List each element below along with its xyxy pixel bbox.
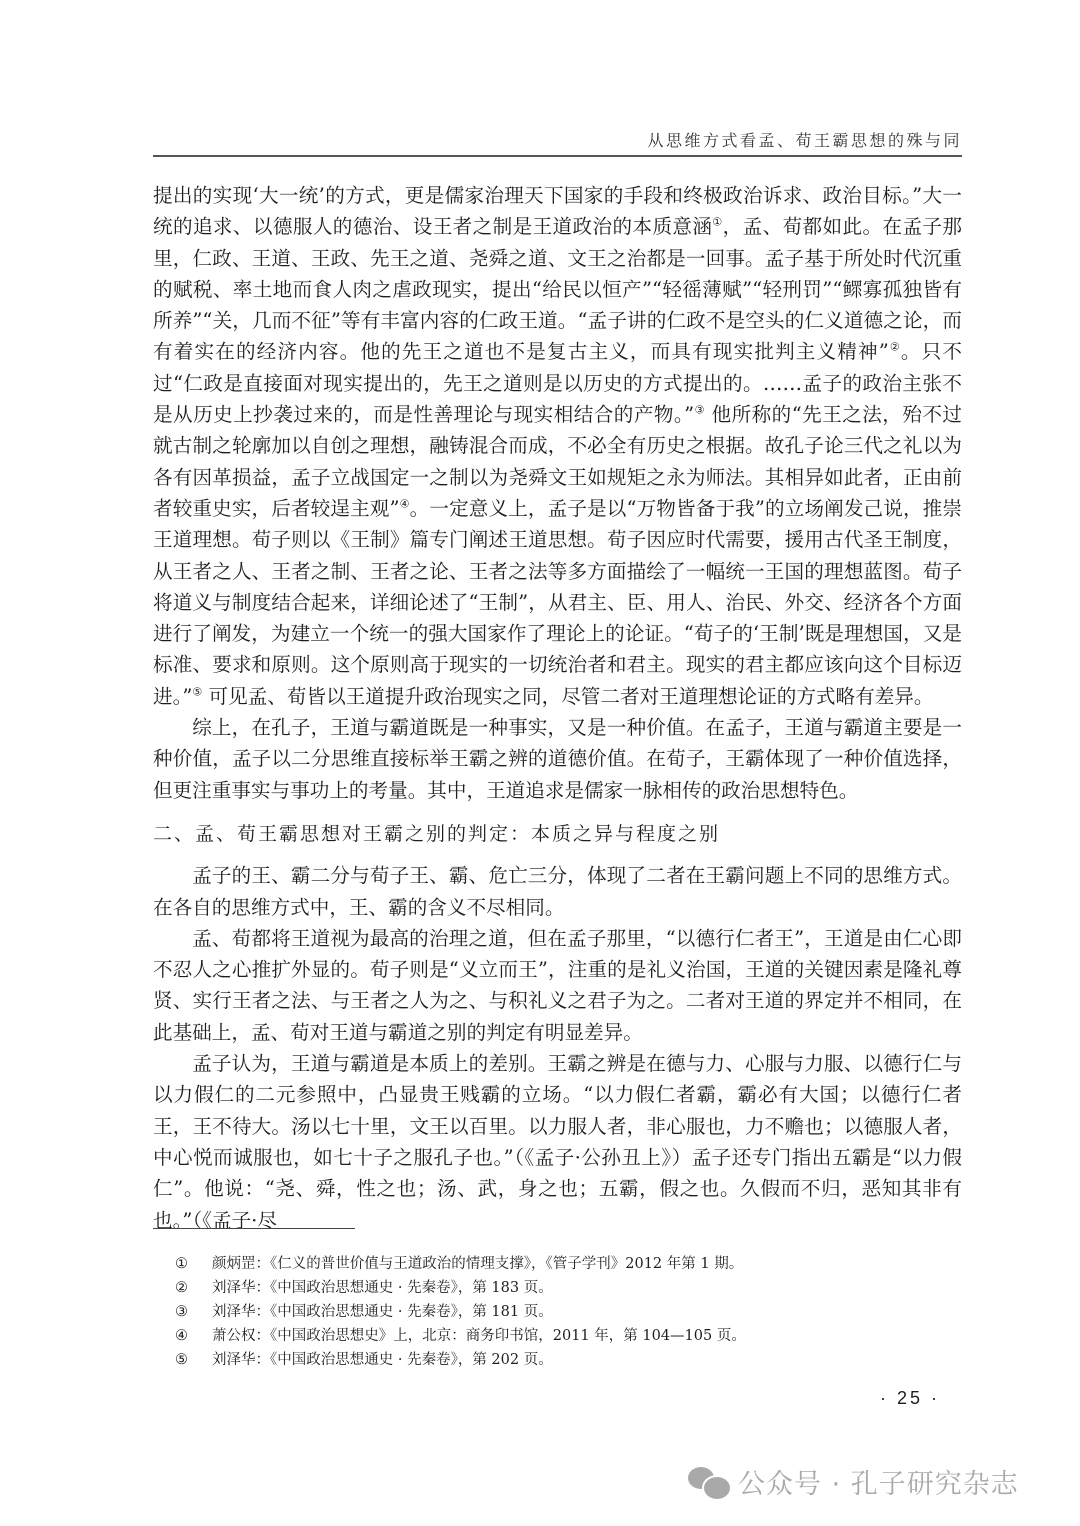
footnote-text: 刘泽华：《中国政治思想通史 · 先秦卷》，第 181 页。 (212, 1300, 553, 1324)
footnote-3: ③刘泽华：《中国政治思想通史 · 先秦卷》，第 181 页。 (175, 1300, 746, 1324)
footnote-mark: ② (175, 1276, 212, 1300)
watermark: 公众号 · 孔子研究杂志 (688, 1462, 1019, 1501)
footnote-5: ⑤刘泽华：《中国政治思想通史 · 先秦卷》，第 202 页。 (175, 1348, 746, 1372)
page-number: · 25 · (880, 1388, 940, 1409)
footnote-4: ④萧公权：《中国政治思想史》上，北京：商务印书馆，2011 年，第 104—10… (175, 1324, 746, 1348)
footnote-mark: ③ (175, 1300, 212, 1324)
paragraph-3: 孟子的王、霸二分与荀子王、霸、危亡三分，体现了二者在王霸问题上不同的思维方式。在… (153, 860, 962, 923)
paragraph-4: 孟、荀都将王道视为最高的治理之道，但在孟子那里，“以德行仁者王”，王道是由仁心即… (153, 923, 962, 1048)
footnotes: ①颜炳罡：《仁义的普世价值与王道政治的情理支撑》，《管子学刊》2012 年第 1… (175, 1252, 746, 1372)
footnote-rule (153, 1228, 355, 1229)
footnote-mark: ④ (175, 1324, 212, 1348)
footnote-text: 颜炳罡：《仁义的普世价值与王道政治的情理支撑》，《管子学刊》2012 年第 1 … (212, 1252, 743, 1276)
paragraph-1: 提出的实现‘大一统’的方式，更是儒家治理天下国家的手段和终极政治诉求、政治目标。… (153, 180, 962, 712)
footnote-ref-3[interactable]: ③ (694, 404, 705, 417)
watermark-text: 公众号 · 孔子研究杂志 (738, 1462, 1019, 1501)
text-run: 。一定意义上，孟子是以“万物皆备于我”的立场阐发己说，推崇王道理想。荀子则以《王… (153, 497, 962, 708)
footnote-ref-2[interactable]: ② (889, 341, 901, 354)
footnote-mark: ⑤ (175, 1348, 212, 1372)
article-body: 提出的实现‘大一统’的方式，更是儒家治理天下国家的手段和终极政治诉求、政治目标。… (153, 180, 962, 1236)
footnote-2: ②刘泽华：《中国政治思想通史 · 先秦卷》，第 183 页。 (175, 1276, 746, 1300)
footnote-1: ①颜炳罡：《仁义的普世价值与王道政治的情理支撑》，《管子学刊》2012 年第 1… (175, 1252, 746, 1276)
footnote-ref-1[interactable]: ① (712, 216, 722, 229)
wechat-icon (688, 1465, 730, 1499)
section-heading: 二、孟、荀王霸思想对王霸之别的判定：本质之异与程度之别 (153, 819, 962, 850)
footnote-ref-5[interactable]: ⑤ (192, 685, 202, 698)
footnote-text: 萧公权：《中国政治思想史》上，北京：商务印书馆，2011 年，第 104—105… (212, 1324, 746, 1348)
footnote-text: 刘泽华：《中国政治思想通史 · 先秦卷》，第 202 页。 (212, 1348, 553, 1372)
header-rule (153, 155, 962, 157)
footnote-mark: ① (175, 1252, 212, 1276)
footnote-ref-4[interactable]: ④ (400, 497, 410, 510)
text-run: 可见孟、荀皆以王道提升政治现实之同，尽管二者对王道理想论证的方式略有差异。 (202, 685, 933, 708)
paragraph-5: 孟子认为，王道与霸道是本质上的差别。王霸之辨是在德与力、心服与力服、以德行仁与以… (153, 1048, 962, 1236)
footnote-text: 刘泽华：《中国政治思想通史 · 先秦卷》，第 183 页。 (212, 1276, 553, 1300)
running-head-title: 从思维方式看孟、荀王霸思想的殊与同 (153, 128, 962, 151)
paragraph-2: 综上，在孔子，王道与霸道既是一种事实，又是一种价值。在孟子，王道与霸道主要是一种… (153, 712, 962, 806)
